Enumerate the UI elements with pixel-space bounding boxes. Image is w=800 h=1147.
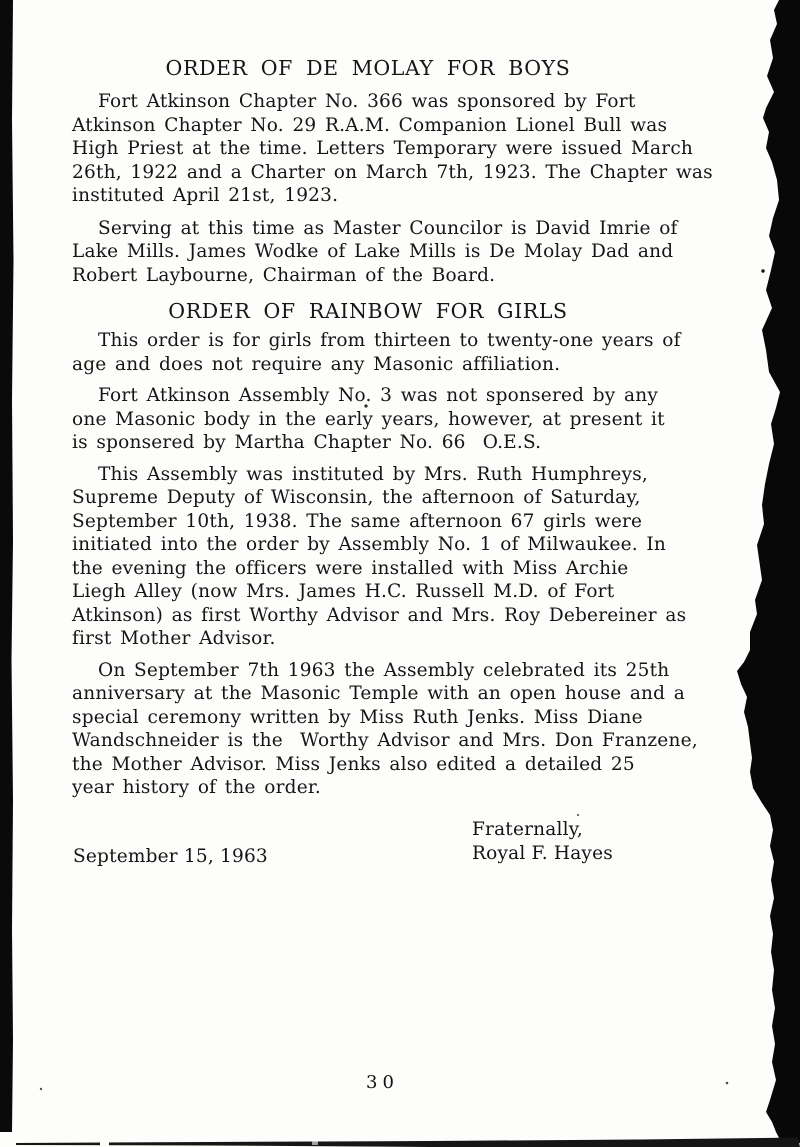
paragraph-rainbow-eligibility: This order is for girls from thirteen to… (72, 329, 737, 376)
heading-order-of-demolay: ORDER OF DE MOLAY FOR BOYS (72, 56, 664, 80)
paragraph-demolay-history: Fort Atkinson Chapter No. 366 was sponso… (72, 90, 737, 208)
bottom-scan-line (16, 1138, 800, 1147)
bottom-line-gap (312, 1140, 318, 1145)
torn-right-edge (737, 0, 800, 1143)
scanned-document-page: ORDER OF DE MOLAY FOR BOYS Fort Atkinson… (0, 0, 800, 1147)
left-binding-bar (0, 0, 14, 1132)
signature-name: Royal F. Hayes (472, 842, 613, 866)
scan-speck (726, 1082, 729, 1085)
paragraph-rainbow-sponsorship: Fort Atkinson Assembly No. 3 was not spo… (72, 384, 737, 455)
paragraph-rainbow-institution: This Assembly was instituted by Mrs. Rut… (72, 463, 737, 651)
document-date: September 15, 1963 (73, 845, 268, 869)
paragraph-demolay-officers: Serving at this time as Master Councilor… (72, 217, 737, 288)
heading-order-of-rainbow: ORDER OF RAINBOW FOR GIRLS (72, 299, 664, 323)
closing-block: Fraternally, Royal F. Hayes September 15… (72, 818, 732, 878)
valediction-text: Fraternally, (472, 818, 613, 842)
valediction-block: Fraternally, Royal F. Hayes (472, 818, 613, 866)
paragraph-rainbow-anniversary: On September 7th 1963 the Assembly celeb… (72, 659, 737, 800)
scan-speck (761, 269, 764, 272)
page-body-text: ORDER OF DE MOLAY FOR BOYS Fort Atkinson… (72, 0, 737, 878)
scan-speck (40, 1088, 42, 1090)
page-number: 30 (366, 1072, 399, 1093)
bottom-line-gap (100, 1140, 109, 1146)
